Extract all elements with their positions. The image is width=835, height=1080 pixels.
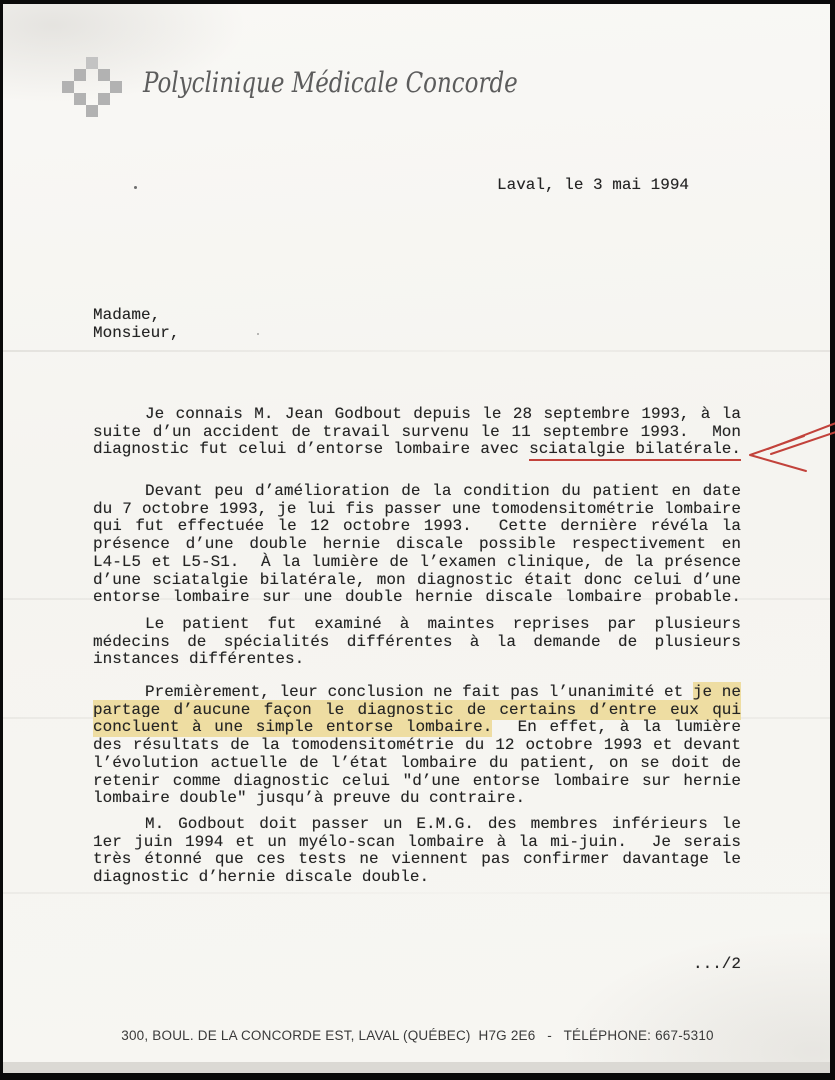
scan-speck <box>134 186 137 189</box>
salutation: Madame, Monsieur, <box>93 306 179 342</box>
logo-square <box>62 81 74 93</box>
logo-square <box>86 57 98 69</box>
clinic-name: Polyclinique Médicale Concorde <box>143 66 518 99</box>
logo-square <box>98 93 110 105</box>
logo-square <box>110 81 122 93</box>
cross-of-squares-icon <box>62 57 122 117</box>
paper-crease <box>3 598 830 600</box>
scanner-edge <box>3 1062 830 1073</box>
red-arrow-icon <box>655 413 835 481</box>
salutation-line: Monsieur, <box>93 324 179 342</box>
letter-paper <box>3 4 830 1062</box>
scan-speck <box>257 333 259 335</box>
salutation-line: Madame, <box>93 306 179 324</box>
paper-crease <box>3 892 830 894</box>
paper-crease <box>3 717 830 719</box>
logo-square <box>86 105 98 117</box>
footer-address: 300, BOUL. DE LA CONCORDE EST, LAVAL (QU… <box>0 1028 835 1043</box>
date-line: Laval, le 3 mai 1994 <box>497 176 689 194</box>
logo-square <box>98 69 110 81</box>
logo-square <box>74 69 86 81</box>
paper-crease <box>3 350 830 352</box>
logo-square <box>74 93 86 105</box>
page-marker: .../2 <box>645 955 741 973</box>
